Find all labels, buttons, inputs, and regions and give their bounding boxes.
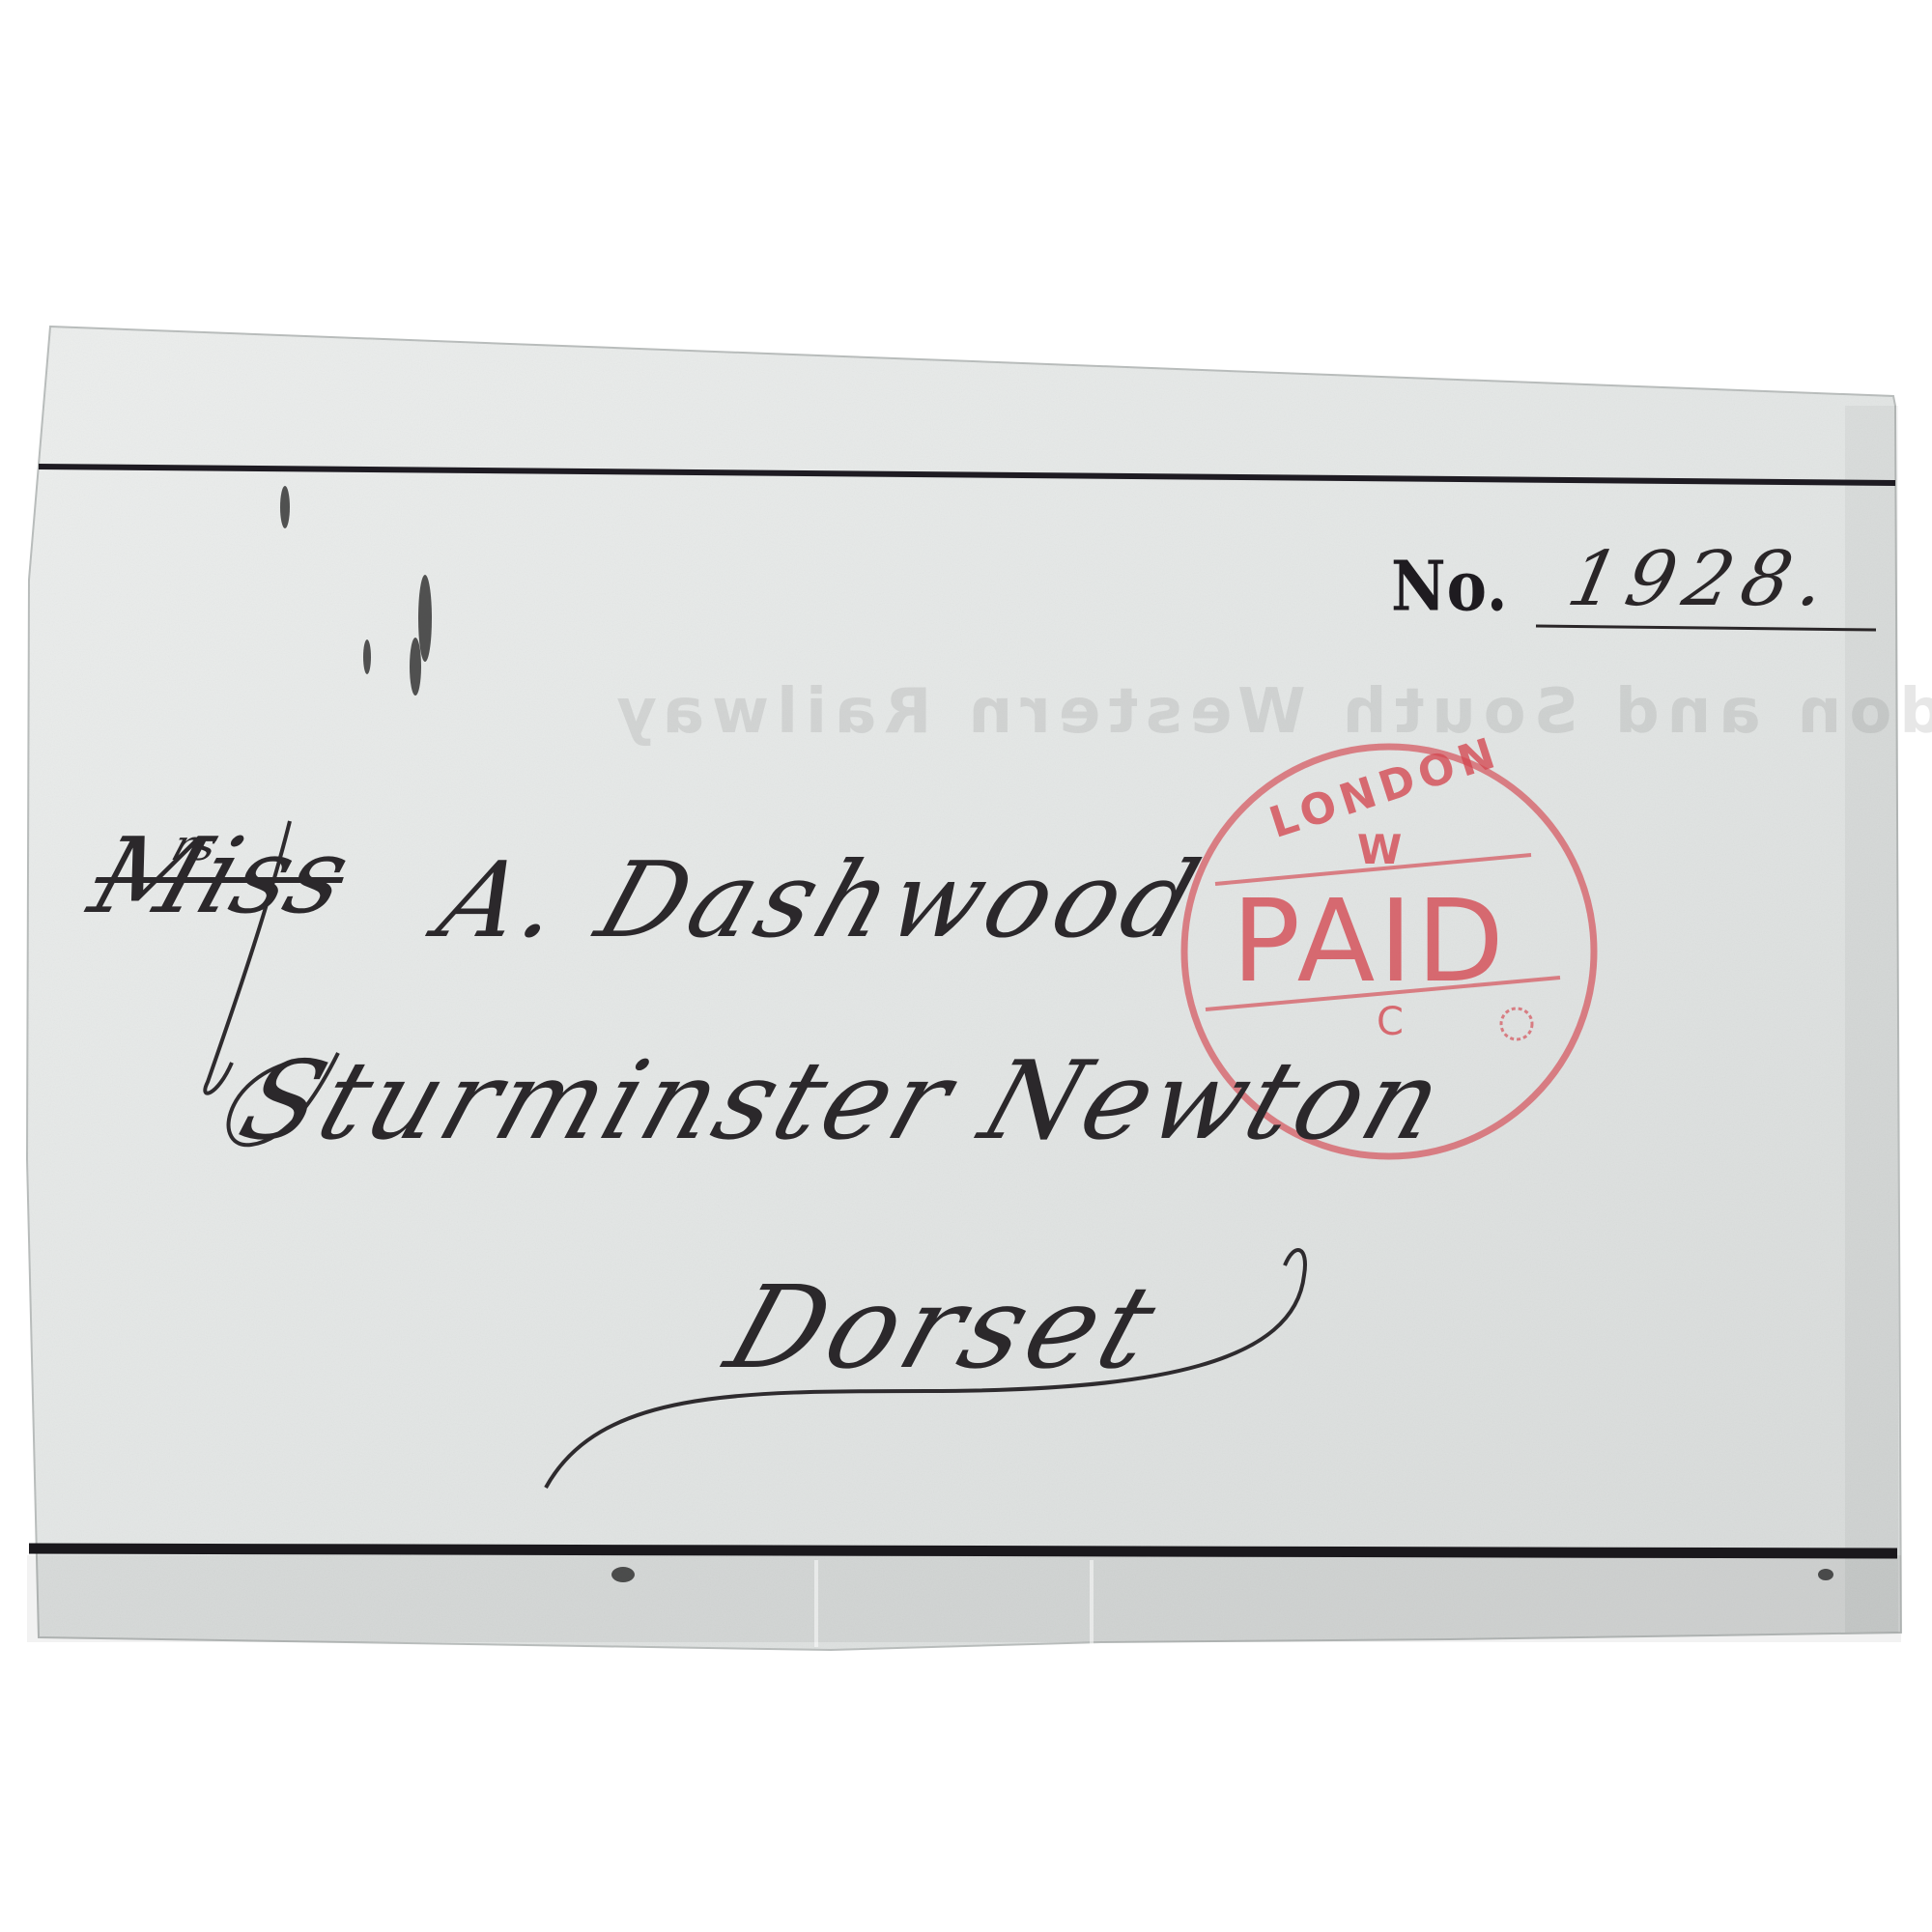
- struck-salutation: Miss: [77, 816, 364, 937]
- postmark-status: PAID: [1232, 874, 1508, 1008]
- recipient-name: A. Dashwood: [425, 840, 1218, 961]
- postmark: [0, 0, 1932, 1932]
- address-town: Sturminster Newton: [226, 1038, 1461, 1164]
- number-label: No.: [1391, 546, 1509, 627]
- number-value: 1928.: [1560, 536, 1842, 623]
- letter-sheet: London and South Western Railway LONDON …: [0, 0, 1932, 1932]
- address-county: Dorset: [713, 1261, 1178, 1394]
- postmark-district: W: [1357, 826, 1402, 873]
